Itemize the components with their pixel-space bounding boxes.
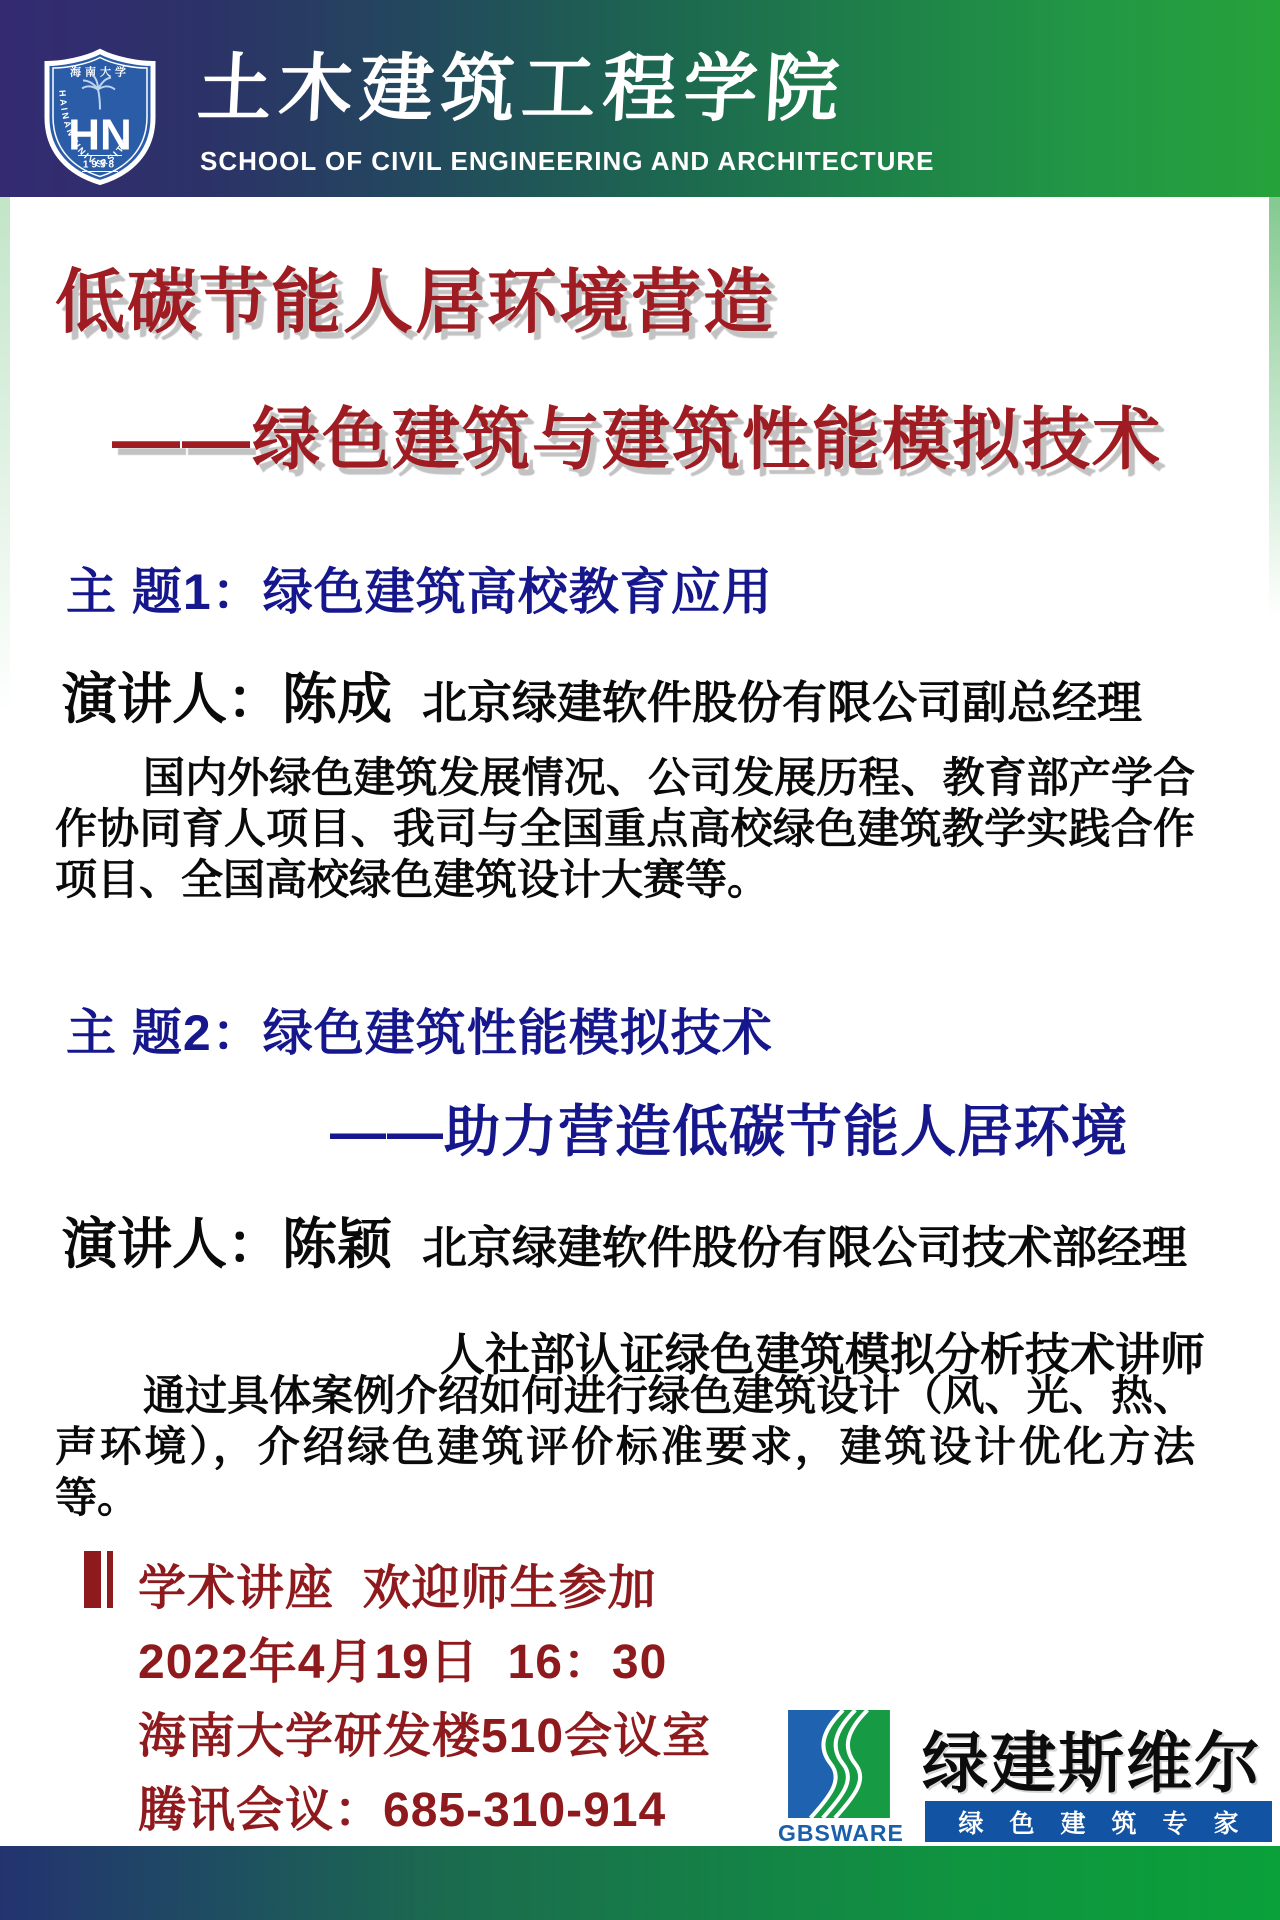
topic1-heading: 主 题1：绿色建筑高校教育应用 — [66, 552, 773, 624]
topic1-description: 国内外绿色建筑发展情况、公司发展历程、教育部产学合作协同育人项目、我司与全国重点… — [55, 752, 1195, 905]
header-banner: 海南大学 HN 1958 HAINAN UNIVERSITY — [0, 0, 1280, 197]
university-shield-icon: 海南大学 HN 1958 HAINAN UNIVERSITY — [40, 46, 160, 188]
gbsware-label: GBSWARE — [778, 1820, 900, 1847]
topic2-description: 通过具体案例介绍如何进行绿色建筑设计（风、光、热、声环境），介绍绿色建筑评价标准… — [55, 1370, 1195, 1523]
gbsware-logo-icon — [788, 1710, 890, 1818]
university-logo: 海南大学 HN 1958 HAINAN UNIVERSITY — [40, 46, 160, 188]
poster-title-line2: ——绿色建筑与建筑性能模拟技术 — [112, 386, 1162, 483]
event-meeting-id: 腾讯会议：685-310-914 — [138, 1771, 666, 1840]
topic2-heading: 主 题2：绿色建筑性能模拟技术 — [66, 993, 773, 1065]
topic2-speaker-title-1: 北京绿建软件股份有限公司技术部经理 — [422, 1211, 1187, 1276]
school-name-en: SCHOOL OF CIVIL ENGINEERING AND ARCHITEC… — [200, 146, 1200, 177]
event-section-marker — [84, 1551, 101, 1608]
topic2-subheading: ——助力营造低碳节能人居环境 — [330, 1088, 1128, 1168]
brand-slogan: 绿色建筑专家 — [932, 1804, 1264, 1840]
event-section-marker-thin — [107, 1551, 113, 1608]
event-venue: 海南大学研发楼510会议室 — [138, 1697, 711, 1766]
topic1-speaker-row: 演讲人：陈成 北京绿建软件股份有限公司副总经理 — [62, 655, 1142, 734]
event-headline: 学术讲座 欢迎师生参加 — [138, 1549, 657, 1618]
topic2-speaker: 演讲人：陈颖 — [62, 1200, 392, 1279]
topic1-speaker: 演讲人：陈成 — [62, 655, 392, 734]
topic1-speaker-title: 北京绿建软件股份有限公司副总经理 — [422, 666, 1142, 731]
right-edge-gradient — [1269, 197, 1280, 617]
brand-name: 绿建斯维尔 — [922, 1710, 1280, 1805]
poster-title-line1: 低碳节能人居环境营造 — [55, 246, 775, 347]
brand-slogan-bar: 绿色建筑专家 — [925, 1801, 1272, 1842]
topic2-speaker-row: 演讲人：陈颖 北京绿建软件股份有限公司技术部经理 — [62, 1200, 1187, 1279]
left-edge-gradient — [0, 197, 10, 717]
school-name-cn: 土木建筑工程学院 — [195, 30, 1201, 136]
gbsware-logo — [788, 1710, 890, 1818]
footer-bar — [0, 1846, 1280, 1920]
logo-university-cn: 海南大学 — [70, 65, 130, 79]
event-datetime: 2022年4月19日 16：30 — [138, 1623, 667, 1692]
lecture-poster: 海南大学 HN 1958 HAINAN UNIVERSITY — [0, 0, 1280, 1920]
